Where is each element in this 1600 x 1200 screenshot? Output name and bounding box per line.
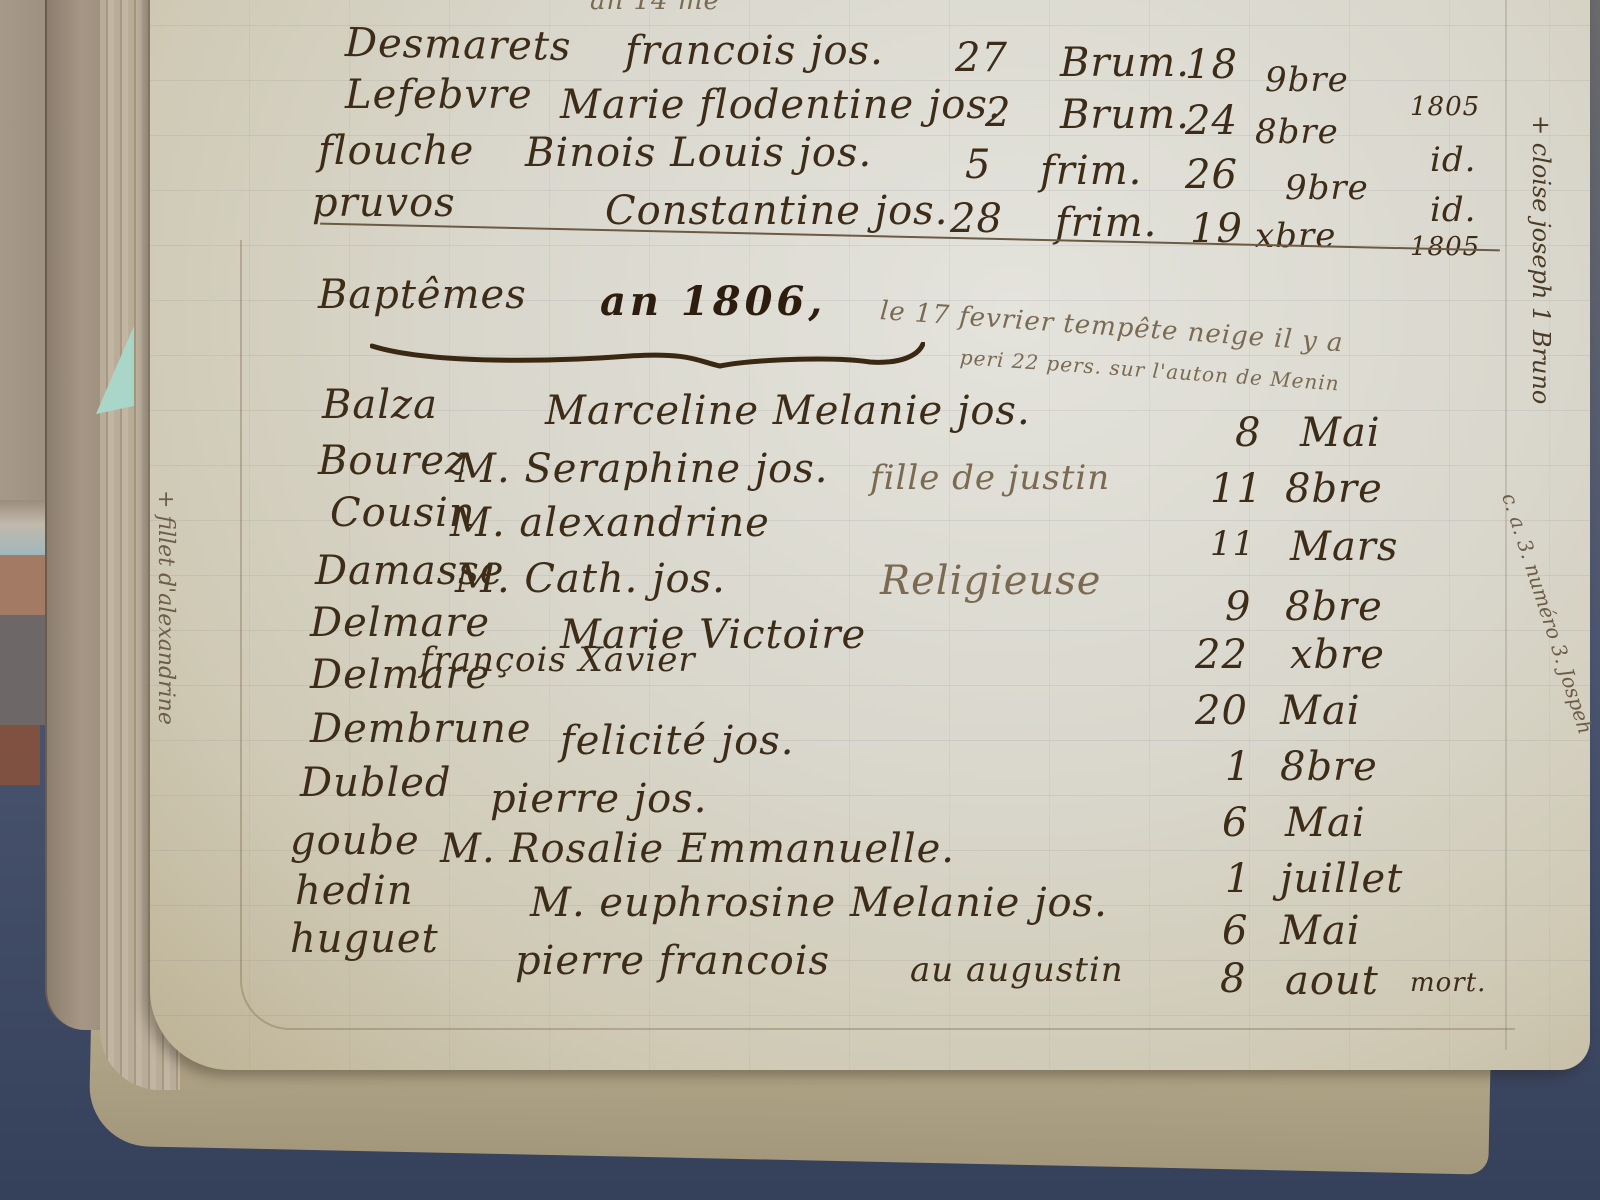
entry-month: Mars [1290,524,1398,570]
entry-day: 6 [1222,908,1248,954]
entry-rev-month: Brum. [1060,40,1190,86]
entry-month: xbre [1290,632,1385,678]
entry-surname: Balza [322,382,438,428]
entry-month: Mai [1280,688,1361,734]
entry-surname: Bourez [318,438,467,484]
background-object [0,615,45,725]
entry-surname: huguet [290,916,439,962]
entry-given-names: francois jos. [625,28,884,74]
entry-given-names: M. Cath. jos. [455,556,726,602]
entry-given-names: Marceline Melanie jos. [545,388,1031,434]
entry-given-names: Binois Louis jos. [525,130,872,176]
entry-day: 9 [1225,584,1251,630]
section-title: Baptêmes [318,272,527,318]
entry-day: 6 [1222,800,1248,846]
entry-given-names: M. alexandrine [450,500,770,546]
entry-day: 28 [950,196,1003,242]
entry-greg-month: 8bre [1255,112,1339,152]
entry-surname: Dubled [300,760,452,806]
entry-month: Mai [1280,908,1361,954]
entry-month: Mai [1300,410,1381,456]
entry-surname: hedin [295,868,414,914]
entry-surname: Desmarets [345,20,572,70]
entry-greg-day: 18 [1185,42,1238,88]
entry-day: 11 [1210,466,1263,512]
entry-day: 5 [965,142,991,188]
left-margin-note: + fillet d'alexandrine [153,490,178,725]
bookmark-tab [96,326,134,414]
entry-day: 1 [1225,856,1251,902]
entry-greg-day: 24 [1185,98,1238,144]
entry-surname: Lefebvre [345,72,533,118]
entry-note: fille de justin [870,458,1110,498]
entry-day: 20 [1195,688,1248,734]
entry-surname: flouche [318,128,474,174]
entry-year: 1805 [1410,92,1480,122]
entry-greg-month: xbre [1255,216,1336,256]
entry-greg-day: 26 [1185,152,1238,198]
entry-day: 1 [1225,744,1251,790]
entry-month: 8bre [1285,584,1383,630]
section-year: an 1806, [600,278,826,325]
entry-year: id. [1430,190,1476,230]
entry-note: Religieuse [880,558,1101,604]
background-object [0,725,40,785]
decorative-swash [370,342,925,370]
entry-day: 2 [985,90,1011,136]
entry-rev-month: Brum. [1060,92,1190,138]
entry-month: Mai [1285,800,1366,846]
entry-month: 8bre [1280,744,1378,790]
entry-greg-month: 9bre [1265,60,1349,100]
entry-month: aout [1285,958,1379,1004]
photo-scene: an 14 me Desmarets francois jos. 27 Brum… [0,0,1600,1200]
entry-given-names: Constantine jos. [605,188,948,234]
entry-given-names: pierre francois [515,938,830,984]
entry-rev-month: frim. [1040,148,1142,194]
right-margin-note: + cloise joseph 1 Bruno [1527,115,1555,404]
entry-month: 8bre [1285,466,1383,512]
entry-month: juillet [1280,856,1403,902]
entry-day: 22 [1195,632,1248,678]
entry-given-names: Marie flodentine jos. [560,82,1002,128]
entry-given-names: pierre jos. [490,776,707,822]
entry-day: 8 [1220,956,1246,1002]
background-object [0,555,45,615]
entry-surname: goube [290,818,420,864]
entry-day: 11 [1210,524,1255,564]
entry-day: 27 [955,35,1008,81]
entry-given-names: M. Seraphine jos. [455,446,828,492]
entry-given-names: felicité jos. [560,718,794,764]
partial-heading: an 14 me [590,0,720,16]
entry-year: id. [1430,140,1476,180]
entry-day: 8 [1235,410,1261,456]
entry-given-names: M. euphrosine Melanie jos. [530,880,1108,926]
entry-note: au augustin [910,950,1124,990]
entry-surname: Dembrune [310,706,532,752]
entry-greg-month: 9bre [1285,168,1369,208]
entry-remark: mort. [1410,968,1486,998]
entry-given-names: françois Xavier [420,640,696,680]
entry-surname: pruvos [312,180,456,226]
entry-given-names: M. Rosalie Emmanuelle. [440,826,955,872]
